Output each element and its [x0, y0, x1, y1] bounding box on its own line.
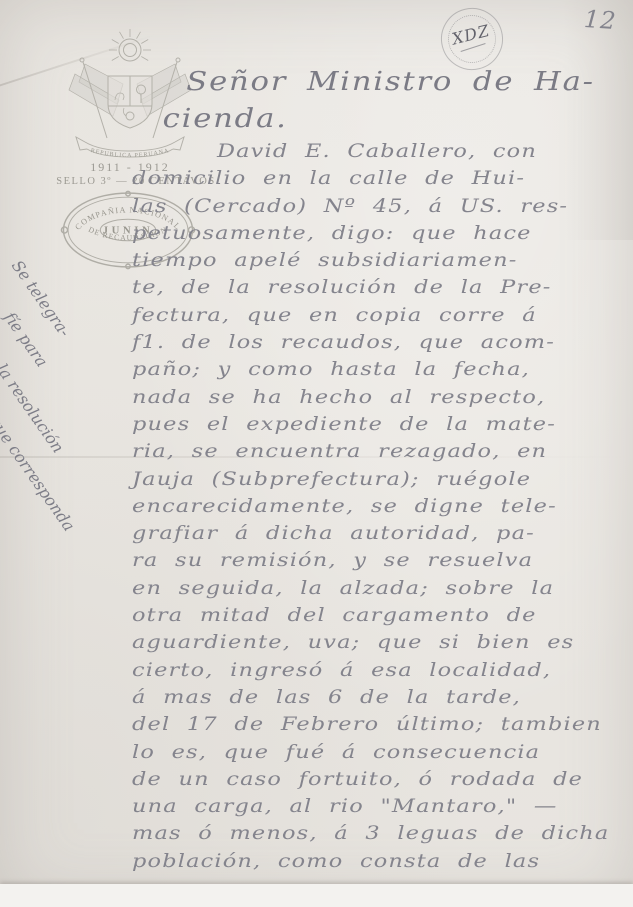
letter-line: tiempo apelé subsidiariamen-	[132, 247, 618, 274]
letter-line: las (Cercado) Nº 45, á US. res-	[132, 193, 618, 220]
letter-line: encarecidamente, se digne tele-	[132, 493, 618, 520]
letter-line: Jauja (Subprefectura); ruégole	[132, 466, 618, 493]
letter-line: población, como consta de las	[132, 848, 618, 875]
letter-line: otra mitad del cargamento de	[132, 602, 618, 629]
letter-line: petuosamente, digo: que hace	[132, 220, 618, 247]
letter-line: domicilio en la calle de Hui-	[132, 165, 618, 192]
scanned-letter-page: REPUBLICA PERUANA 1911 - 1912 SELLO 3º —…	[0, 0, 633, 907]
letter-line: David E. Caballero, con	[217, 138, 618, 165]
letter-line: á mas de las 6 de la tarde,	[132, 684, 618, 711]
letter-line: grafiar á dicha autoridad, pa-	[132, 520, 618, 547]
letter-line: del 17 de Febrero último; tambien	[132, 711, 618, 738]
letter-body: Señor Ministro de Ha- cienda. David E. C…	[132, 64, 618, 875]
letter-line: Señor Ministro de Ha-	[186, 64, 618, 101]
letter-line: aguardiente, uva; que si bien es	[132, 629, 618, 656]
letter-line: nada se ha hecho al respecto,	[132, 384, 618, 411]
margin-note: Se telegra- fíe para la resolución que c…	[0, 252, 128, 474]
letter-line: pues el expediente de la mate-	[132, 411, 618, 438]
letter-line: cienda.	[163, 101, 618, 138]
letter-line: lo es, que fué á consecuencia	[132, 739, 618, 766]
letter-line: una carga, al rio "Mantaro," —	[132, 793, 618, 820]
letter-line: cierto, ingresó á esa localidad,	[132, 657, 618, 684]
letter-line: fectura, que en copia corre á	[132, 302, 618, 329]
letter-line: f1. de los recaudos, que acom-	[132, 329, 618, 356]
letter-line: ra su remisión, y se resuelva	[132, 547, 618, 574]
letter-line: mas ó menos, á 3 leguas de dicha	[132, 820, 618, 847]
letter-line: ria, se encuentra rezagado, en	[132, 438, 618, 465]
letter-line: en seguida, la alzada; sobre la	[132, 575, 618, 602]
letter-line: te, de la resolución de la Pre-	[132, 274, 618, 301]
letter-line: paño; y como hasta la fecha,	[132, 356, 618, 383]
page-number: 12	[583, 5, 617, 35]
letter-line: de un caso fortuito, ó rodada de	[132, 766, 618, 793]
paper-fold-edge	[0, 884, 633, 907]
